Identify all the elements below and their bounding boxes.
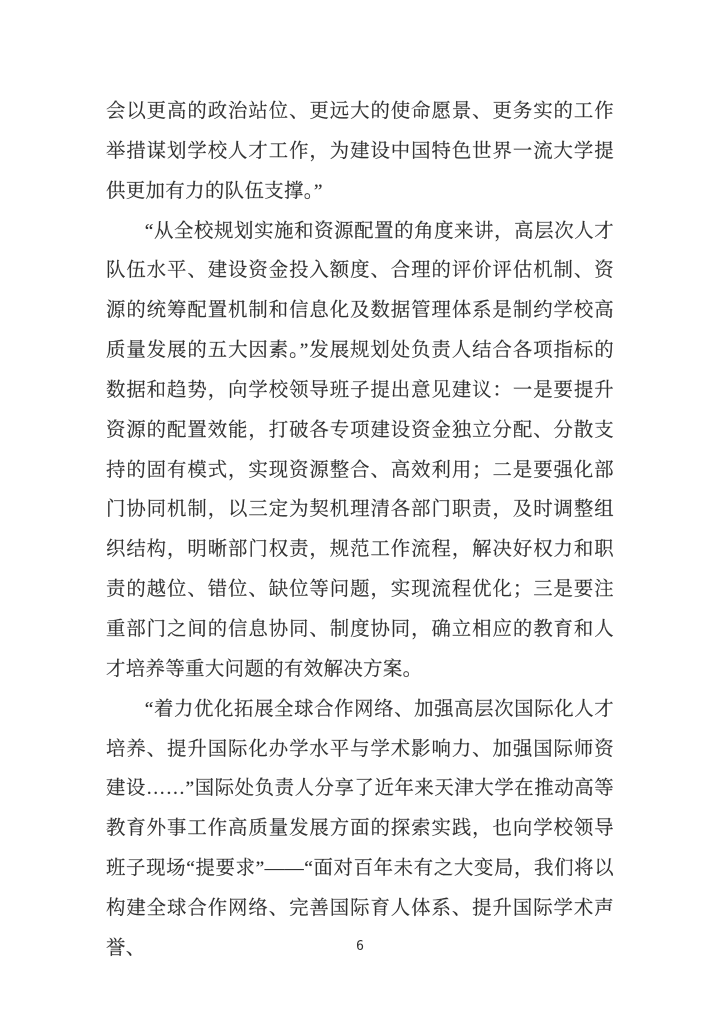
- document-body: 会以更高的政治站位、更远大的使命愿景、更务实的工作举措谋划学校人才工作，为建设中…: [106, 92, 614, 969]
- paragraph-international-office: “着力优化拓展全球合作网络、加强高层次国际化人才培养、提升国际化办学水平与学术影…: [106, 690, 614, 969]
- page-number: 6: [0, 938, 720, 956]
- document-page: 会以更高的政治站位、更远大的使命愿景、更务实的工作举措谋划学校人才工作，为建设中…: [0, 0, 720, 1018]
- paragraph-planning-office: “从全校规划实施和资源配置的角度来讲，高层次人才队伍水平、建设资金投入额度、合理…: [106, 212, 614, 690]
- paragraph-continuation: 会以更高的政治站位、更远大的使命愿景、更务实的工作举措谋划学校人才工作，为建设中…: [106, 92, 614, 212]
